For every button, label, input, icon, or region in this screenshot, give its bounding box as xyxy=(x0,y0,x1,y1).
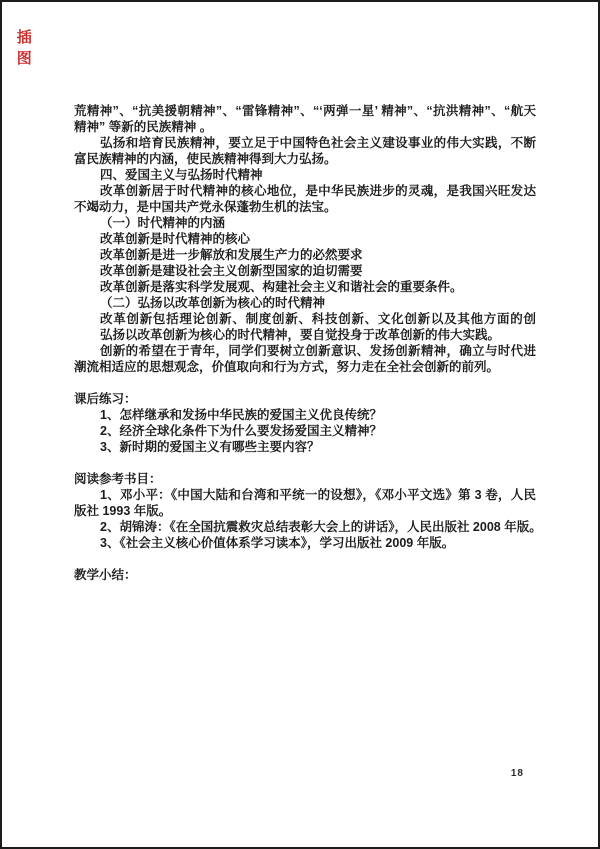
text-line: 阅读参考书目： xyxy=(74,471,536,487)
text-line: 1、邓小平：《中国大陆和台湾和平统一的设想》，《邓小平文选》第 3 卷，人民出 xyxy=(74,487,536,503)
text-line xyxy=(74,375,536,391)
text-line: 不竭动力，是中国共产党永保蓬勃生机的法宝。 xyxy=(74,199,536,215)
text-line: 改革创新包括理论创新、制度创新、科技创新、文化创新以及其他方面的创新。 xyxy=(74,311,536,327)
text-line: 3、《社会主义核心价值体系学习读本》，学习出版社 2009 年版。 xyxy=(74,535,536,551)
text-line xyxy=(74,455,536,471)
text-line: 教学小结： xyxy=(74,567,536,583)
text-line: 改革创新是建设社会主义创新型国家的迫切需要 xyxy=(74,263,536,279)
scanned-document-page: 插图 荒精神”、“抗美援朝精神”、“雷锋精神”、“‘两弹一星’ 精神”、“抗洪精… xyxy=(0,0,600,849)
text-line: 1、怎样继承和发扬中华民族的爱国主义优良传统？ xyxy=(74,407,536,423)
text-line: 精神” 等新的民族精神 。 xyxy=(74,119,536,135)
document-lines: 荒精神”、“抗美援朝精神”、“雷锋精神”、“‘两弹一星’ 精神”、“抗洪精神”、… xyxy=(74,103,536,583)
text-line: 版社 1993 年版。 xyxy=(74,503,536,519)
text-line: 2、胡锦涛：《在全国抗震救灾总结表彰大会上的讲话》，人民出版社 2008 年版。 xyxy=(74,519,536,535)
text-line xyxy=(74,551,536,567)
text-line: 课后练习： xyxy=(74,391,536,407)
text-line: 富民族精神的内涵，使民族精神得到大力弘扬。 xyxy=(74,151,536,167)
text-line: （二）弘扬以改革创新为核心的时代精神 xyxy=(74,295,536,311)
text-line: 改革创新居于时代精神的核心地位，是中华民族进步的灵魂，是我国兴旺发达的 xyxy=(74,183,536,199)
red-watermark-stamp: 插图 xyxy=(9,29,37,71)
text-line: 创新的希望在于青年，同学们要树立创新意识、发扬创新精神，确立与时代进步 xyxy=(74,343,536,359)
text-line: 2、经济全球化条件下为什么要发扬爱国主义精神？ xyxy=(74,423,536,439)
text-line: 弘扬以改革创新为核心的时代精神，要自觉投身于改革创新的伟大实践。 xyxy=(74,327,536,343)
text-line: 荒精神”、“抗美援朝精神”、“雷锋精神”、“‘两弹一星’ 精神”、“抗洪精神”、… xyxy=(74,103,536,119)
text-line: 改革创新是落实科学发展观、构建社会主义和谐社会的重要条件。 xyxy=(74,279,536,295)
text-line: 改革创新是时代精神的核心 xyxy=(74,231,536,247)
text-line: 四、爱国主义与弘扬时代精神 xyxy=(74,167,536,183)
text-line: 弘扬和培育民族精神，要立足于中国特色社会主义建设事业的伟大实践，不断丰 xyxy=(74,135,536,151)
text-line: （一）时代精神的内涵 xyxy=(74,215,536,231)
text-line: 改革创新是进一步解放和发展生产力的必然要求 xyxy=(74,247,536,263)
text-line: 潮流相适应的思想观念，价值取向和行为方式，努力走在全社会创新的前列。 xyxy=(74,359,536,375)
text-line: 3、新时期的爱国主义有哪些主要内容？ xyxy=(74,439,536,455)
page-number: 18 xyxy=(511,768,524,779)
